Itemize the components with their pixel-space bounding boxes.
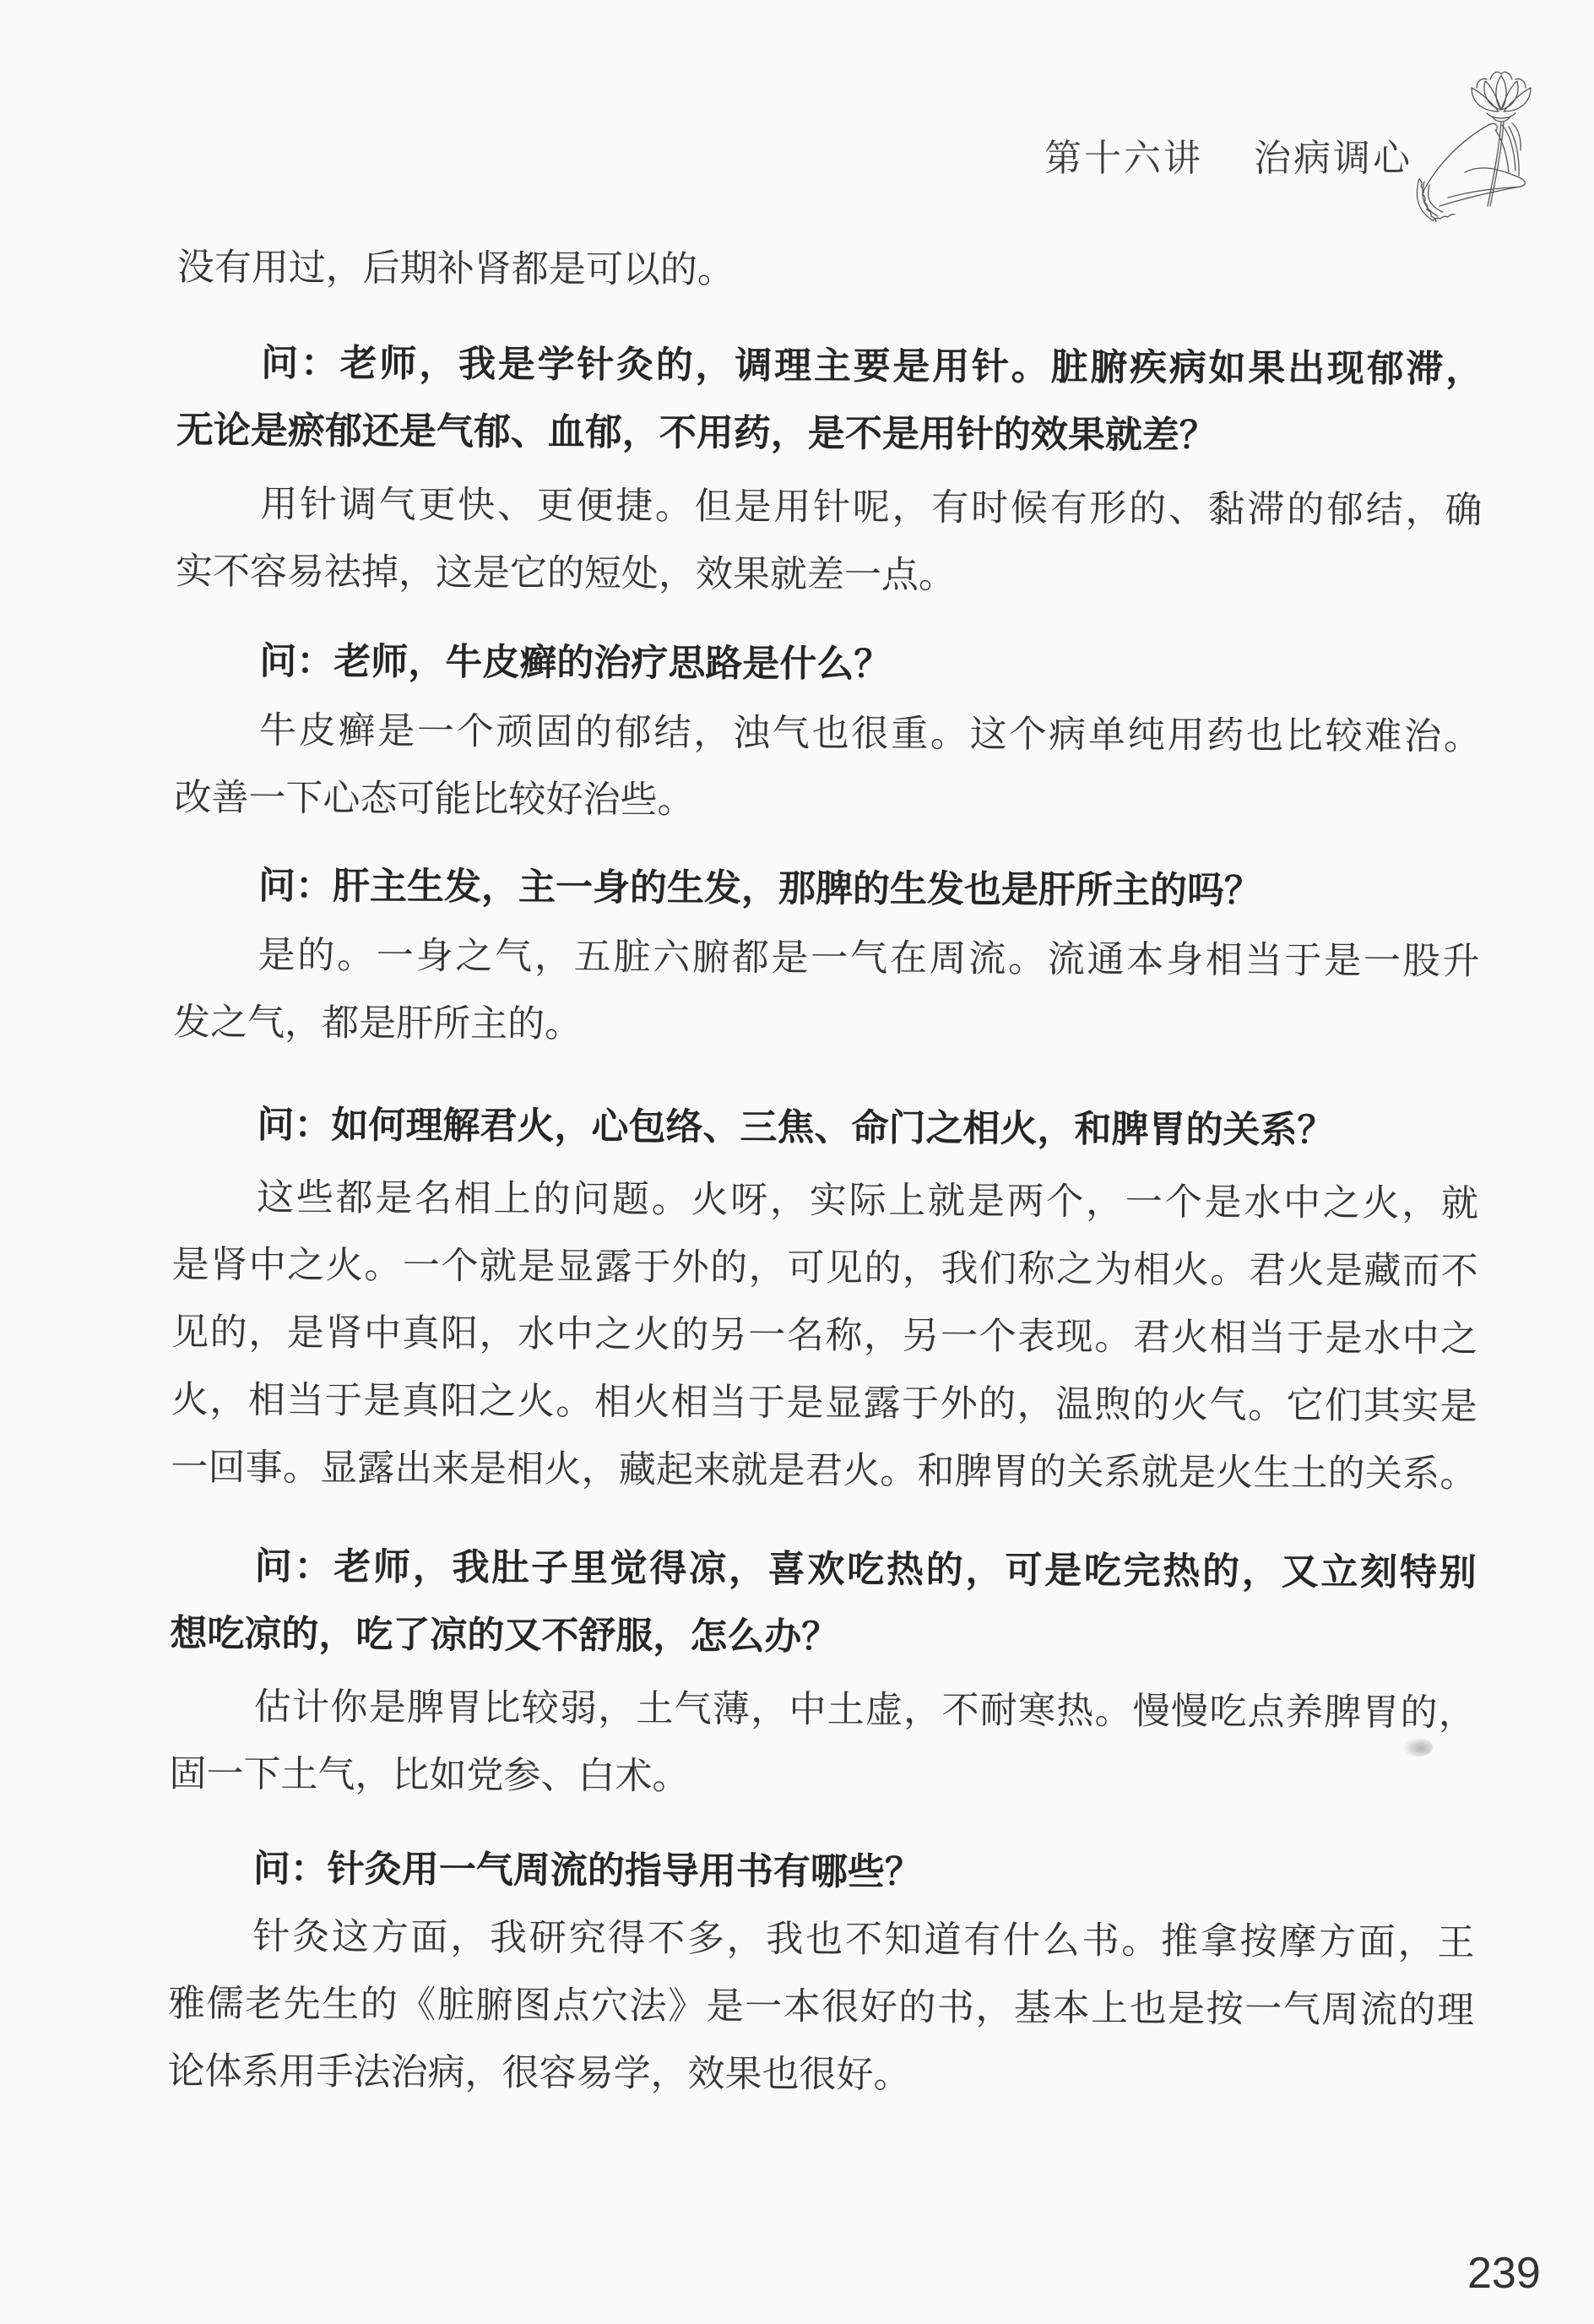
- question-paragraph-4: 问：如何理解君火，心包络、三焦、命门之相火，和脾胃的关系？: [172, 1091, 1478, 1165]
- answer-line: 是的。一身之气，五脏六腑都是一气在周流。流通本身相当于是一股升: [173, 921, 1479, 996]
- answer-line: 改善一下心态可能比较好治些。: [174, 764, 1480, 839]
- answer-paragraph-1: 用针调气更快、更便捷。但是用针呢，有时候有形的、黏滞的郁结，确 实不容易祛掉，这…: [176, 470, 1483, 612]
- answer-paragraph-6: 针灸这方面，我研究得不多，我也不知道有什么书。推拿按摩方面，王 雅儒老先生的《脏…: [167, 1903, 1474, 2112]
- question-line: 问：肝主生发，主一身的生发，那脾的生发也是肝所主的吗？: [174, 852, 1480, 926]
- question-line: 无论是瘀郁还是气郁、血郁，不用药，是不是用针的效果就差？: [176, 397, 1483, 471]
- scan-smudge: [1404, 1738, 1433, 1757]
- answer-line: 固一下土气，比如党参、白术。: [169, 1740, 1475, 1815]
- answer-line: 牛皮癣是一个顽固的郁结，浊气也很重。这个病单纯用药也比较难治。: [175, 697, 1481, 771]
- question-line: 问：针灸用一气周流的指导用书有哪些？: [169, 1835, 1475, 1909]
- answer-line: 是肾中之火。一个就是显露于外的，可见的，我们称之为相火。君火是藏而不: [171, 1231, 1477, 1306]
- running-header-lecture: 第十六讲: [1044, 138, 1203, 180]
- question-paragraph-6: 问：针灸用一气周流的指导用书有哪些？: [169, 1835, 1475, 1909]
- answer-paragraph-3: 是的。一身之气，五脏六腑都是一气在周流。流通本身相当于是一股升 发之气，都是肝所…: [173, 921, 1480, 1063]
- answer-line: 针灸这方面，我研究得不多，我也不知道有什么书。推拿按摩方面，王: [168, 1903, 1474, 1977]
- question-paragraph-3: 问：肝主生发，主一身的生发，那脾的生发也是肝所主的吗？: [174, 852, 1480, 926]
- question-paragraph-5: 问：老师，我肚子里觉得凉，喜欢吃热的，可是吃完热的，又立刻特别 想吃凉的，吃了凉…: [170, 1533, 1477, 1675]
- body-text: 没有用过，后期补肾都是可以的。 问：老师，我是学针灸的，调理主要是用针。脏腑疾病…: [167, 234, 1483, 2112]
- question-line: 问：老师，牛皮癣的治疗思路是什么？: [175, 627, 1481, 702]
- answer-paragraph-continued: 没有用过，后期补肾都是可以的。: [177, 234, 1483, 308]
- answer-line: 估计你是脾胃比较弱，土气薄，中土虚，不耐寒热。慢慢吃点养脾胃的，: [170, 1673, 1476, 1747]
- question-line: 问：老师，我是学针灸的，调理主要是用针。脏腑疾病如果出现郁滞，: [176, 329, 1483, 404]
- page-number: 239: [1467, 2251, 1541, 2295]
- answer-line: 论体系用手法治病，很容易学，效果也很好。: [167, 2038, 1473, 2112]
- running-header-title: 治病调心: [1254, 138, 1412, 180]
- answer-paragraph-2: 牛皮癣是一个顽固的郁结，浊气也很重。这个病单纯用药也比较难治。 改善一下心态可能…: [174, 697, 1481, 839]
- question-line: 问：老师，我肚子里觉得凉，喜欢吃热的，可是吃完热的，又立刻特别: [171, 1533, 1477, 1607]
- question-paragraph-2: 问：老师，牛皮癣的治疗思路是什么？: [175, 627, 1481, 702]
- answer-line: 用针调气更快、更便捷。但是用针呢，有时候有形的、黏滞的郁结，确: [176, 470, 1482, 545]
- question-line: 问：如何理解君火，心包络、三焦、命门之相火，和脾胃的关系？: [172, 1091, 1478, 1165]
- question-line: 想吃凉的，吃了凉的又不舒服，怎么办？: [170, 1600, 1476, 1675]
- answer-paragraph-4: 这些都是名相上的问题。火呀，实际上就是两个，一个是水中之火，就 是肾中之火。一个…: [171, 1164, 1478, 1508]
- answer-line: 见的，是肾中真阳，水中之火的另一名称，另一个表现。君火相当于是水中之: [171, 1299, 1477, 1373]
- answer-line: 发之气，都是肝所主的。: [173, 989, 1479, 1063]
- lotus-hand-icon: [1414, 69, 1534, 222]
- answer-line: 火，相当于是真阳之火。相火相当于是显露于外的，温煦的火气。它们其实是: [171, 1366, 1477, 1441]
- answer-paragraph-5: 估计你是脾胃比较弱，土气薄，中土虚，不耐寒热。慢慢吃点养脾胃的， 固一下土气，比…: [169, 1673, 1476, 1815]
- answer-line: 雅儒老先生的《脏腑图点穴法》是一本很好的书，基本上也是按一气周流的理: [168, 1970, 1474, 2044]
- answer-line: 这些都是名相上的问题。火呀，实际上就是两个，一个是水中之火，就: [172, 1164, 1478, 1238]
- answer-line: 没有用过，后期补肾都是可以的。: [177, 234, 1483, 308]
- book-page: 第十六讲 治病调心: [0, 0, 1594, 2324]
- question-paragraph-1: 问：老师，我是学针灸的，调理主要是用针。脏腑疾病如果出现郁滞， 无论是瘀郁还是气…: [176, 329, 1483, 471]
- answer-line: 一回事。显露出来是相火，藏起来就是君火。和脾胃的关系就是火生土的关系。: [171, 1434, 1477, 1508]
- answer-line: 实不容易祛掉，这是它的短处，效果就差一点。: [176, 538, 1482, 612]
